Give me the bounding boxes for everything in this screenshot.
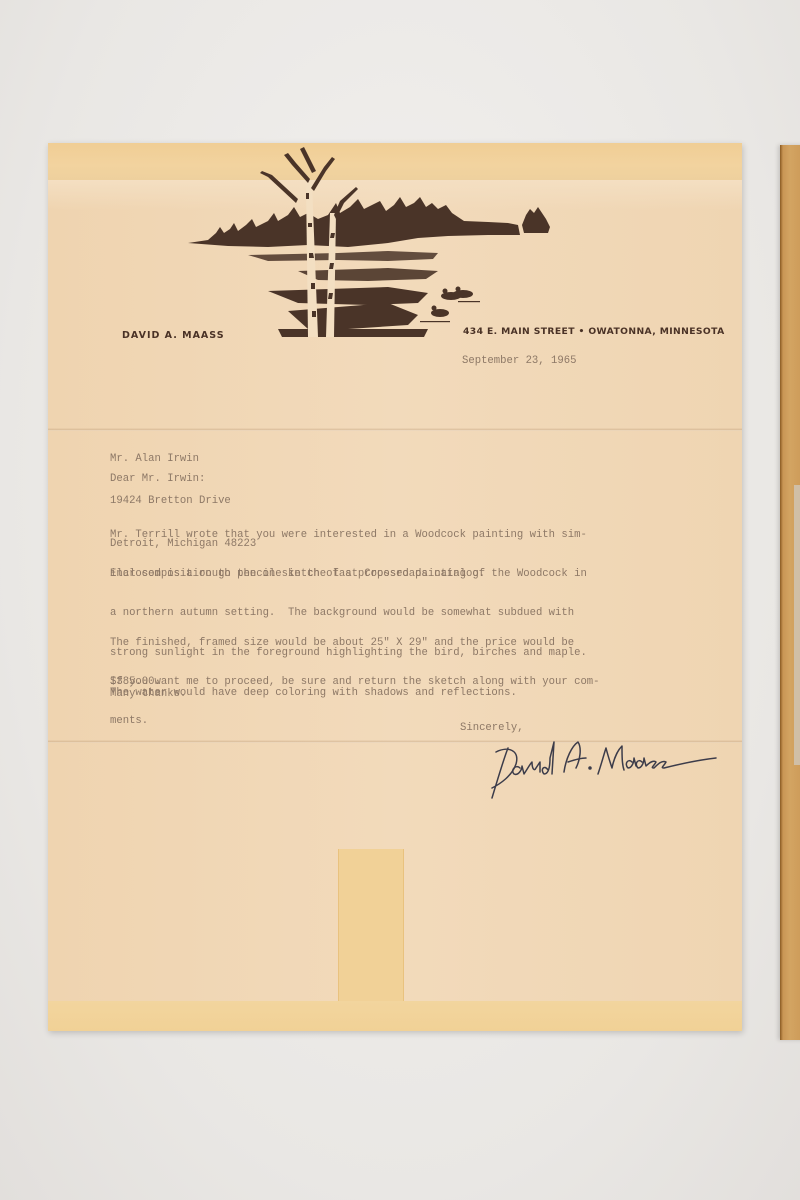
paragraph-line: Enclosed is a rough pencil sketch of a p… <box>110 568 587 581</box>
paragraph-line: If you want me to proceed, be sure and r… <box>110 676 600 689</box>
letter-sheet: DAVID A. MAASS 434 E. MAIN STREET • OWAT… <box>48 143 742 1031</box>
adjacent-document-patch <box>794 485 800 765</box>
paragraph-line: The finished, framed size would be about… <box>110 637 574 650</box>
letterhead-name: DAVID A. MAASS <box>122 330 225 341</box>
recipient-name: Mr. Alan Irwin <box>110 453 256 469</box>
closing-line: Many thanks. <box>110 688 186 701</box>
tape-strip-bottom <box>48 1001 742 1031</box>
letterhead-address: 434 E. MAIN STREET • OWATONNA, MINNESOTA <box>463 326 725 337</box>
handwritten-signature-icon <box>484 728 724 803</box>
letter-date: September 23, 1965 <box>462 355 576 368</box>
lake-scene-illustration-icon <box>188 143 568 338</box>
salutation: Dear Mr. Irwin: <box>110 473 205 486</box>
paragraph-line: ments. <box>110 715 600 728</box>
paragraph-line: Mr. Terrill wrote that you were interest… <box>110 529 587 542</box>
tape-strip-center <box>338 849 404 1009</box>
adjacent-document-edge <box>780 145 800 1040</box>
